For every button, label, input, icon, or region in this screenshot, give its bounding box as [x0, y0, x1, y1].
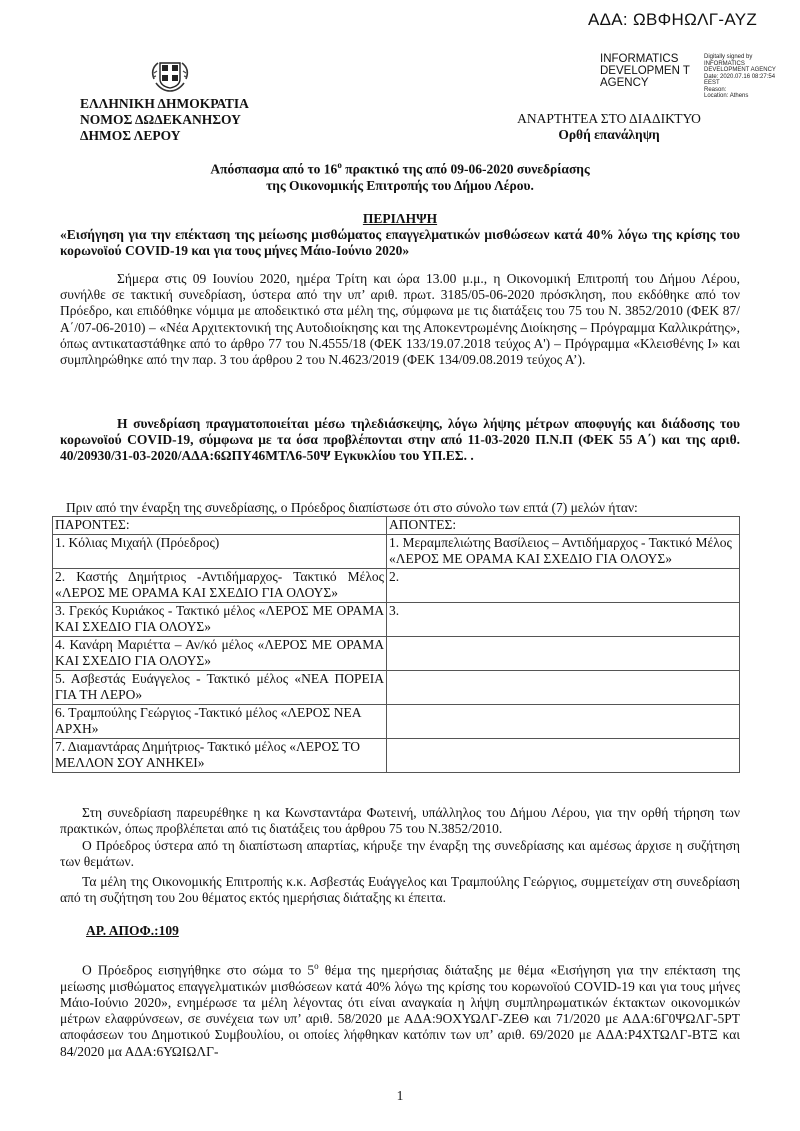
table-row: 7. Διαμαντάρας Δημήτριος- Τακτικό μέλος …	[53, 739, 740, 773]
attendance-intro: Πριν από την έναρξη της συνεδρίασης, ο Π…	[66, 500, 638, 516]
greek-coat-of-arms-icon	[148, 59, 192, 93]
absent-member	[387, 705, 740, 739]
issuer-prefecture: ΝΟΜΟΣ ΔΩΔΕΚΑΝΗΣΟΥ	[80, 112, 249, 128]
absent-member: 3.	[387, 603, 740, 637]
absent-member: 2.	[387, 569, 740, 603]
present-member: 4. Κανάρη Μαριέττα – Αν/κό μέλος «ΛΕΡΟΣ …	[53, 637, 387, 671]
absent-member	[387, 739, 740, 773]
summary-heading: ΠΕΡΙΛΗΨΗ	[60, 211, 740, 227]
issuer-country: ΕΛΛΗΝΙΚΗ ΔΗΜΟΚΡΑΤΙΑ	[80, 96, 249, 112]
table-row: 1. Κόλιας Μιχαήλ (Πρόεδρος) 1. Μεραμπελι…	[53, 535, 740, 569]
present-member: 1. Κόλιας Μιχαήλ (Πρόεδρος)	[53, 535, 387, 569]
decision-number: ΑΡ. ΑΠΟΦ.:109	[86, 923, 179, 939]
paragraph-teleconference: Η συνεδρίαση πραγματοποιείται μέσω τηλεδ…	[60, 416, 740, 465]
publish-online-label: ΑΝΑΡΤΗΤΕΑ ΣΤΟ ΔΙΑΔΙΚΤΥΟ	[489, 111, 729, 127]
absent-member	[387, 671, 740, 705]
table-header-row: ΠΑΡΟΝΤΕΣ: ΑΠΟΝΤΕΣ:	[53, 517, 740, 535]
sig-line: DEVELOPMENT AGENCY	[704, 67, 776, 74]
present-member: 6. Τραμπούλης Γεώργιος -Τακτικό μέλος «Λ…	[53, 705, 387, 739]
title-line2: της Οικονομικής Επιτροπής του Δήμου Λέρο…	[60, 178, 740, 194]
summary-text: «Εισήγηση για την επέκταση της μείωσης μ…	[60, 227, 740, 259]
paragraph-secretary: Στη συνεδρίαση παρευρέθηκε η κα Κωνσταντ…	[60, 805, 740, 837]
present-member: 5. Ασβεστάς Ευάγγελος - Τακτικό μέλος «Ν…	[53, 671, 387, 705]
absent-member	[387, 637, 740, 671]
title-text: πρακτικό της από 09-06-2020 συνεδρίασης	[342, 162, 590, 177]
issuer-municipality: ΔΗΜΟΣ ΛΕΡΟΥ	[80, 128, 249, 144]
paragraph-proposal: Ο Πρόεδρος εισηγήθηκε στο σώμα το 5ο θέμ…	[60, 958, 740, 1060]
title-text: Απόσπασμα από το 16	[210, 162, 337, 177]
table-row: 5. Ασβεστάς Ευάγγελος - Τακτικό μέλος «Ν…	[53, 671, 740, 705]
sig-line: Location: Athens	[704, 93, 776, 100]
page-number: 1	[0, 1088, 800, 1104]
paragraph-meeting-details: Σήμερα στις 09 Ιουνίου 2020, ημέρα Τρίτη…	[60, 271, 740, 368]
ada-code: ΑΔΑ: ΩΒΦΗΩΛΓ-ΑΥΖ	[588, 10, 757, 30]
present-member: 2. Καστής Δημήτριος -Αντιδήμαρχος- Τακτι…	[53, 569, 387, 603]
present-member: 3. Γρεκός Κυριάκος - Τακτικό μέλος «ΛΕΡΟ…	[53, 603, 387, 637]
table-row: 2. Καστής Δημήτριος -Αντιδήμαρχος- Τακτι…	[53, 569, 740, 603]
paragraph-quorum: Ο Πρόεδρος ύστερα από τη διαπίστωση απαρ…	[60, 838, 740, 870]
present-member: 7. Διαμαντάρας Δημήτριος- Τακτικό μέλος …	[53, 739, 387, 773]
issuer-block: ΕΛΛΗΝΙΚΗ ΔΗΜΟΚΡΑΤΙΑ ΝΟΜΟΣ ΔΩΔΕΚΑΝΗΣΟΥ ΔΗ…	[80, 96, 249, 144]
table-row: 3. Γρεκός Κυριάκος - Τακτικό μέλος «ΛΕΡΟ…	[53, 603, 740, 637]
signature-details: Digitally signed by INFORMATICS DEVELOPM…	[704, 54, 776, 100]
table-row: 4. Κανάρη Μαριέττα – Αν/κό μέλος «ΛΕΡΟΣ …	[53, 637, 740, 671]
present-header: ΠΑΡΟΝΤΕΣ:	[53, 517, 387, 535]
publication-note: ΑΝΑΡΤΗΤΕΑ ΣΤΟ ΔΙΑΔΙΚΤΥΟ Ορθή επανάληψη	[489, 111, 729, 143]
signer-name: INFORMATICS DEVELOPMEN T AGENCY	[600, 53, 700, 100]
paragraph-late-members: Τα μέλη της Οικονομικής Επιτροπής κ.κ. Α…	[60, 874, 740, 906]
document-title: Απόσπασμα από το 16ο πρακτικό της από 09…	[60, 157, 740, 194]
absent-header: ΑΠΟΝΤΕΣ:	[387, 517, 740, 535]
table-row: 6. Τραμπούλης Γεώργιος -Τακτικό μέλος «Λ…	[53, 705, 740, 739]
absent-member: 1. Μεραμπελιώτης Βασίλειος – Αντιδήμαρχο…	[387, 535, 740, 569]
attendance-table: ΠΑΡΟΝΤΕΣ: ΑΠΟΝΤΕΣ: 1. Κόλιας Μιχαήλ (Πρό…	[52, 516, 740, 773]
proposal-text: Ο Πρόεδρος εισηγήθηκε στο σώμα το 5	[82, 963, 314, 978]
digital-signature: INFORMATICS DEVELOPMEN T AGENCY Digitall…	[600, 53, 776, 100]
corrected-repeat-label: Ορθή επανάληψη	[489, 127, 729, 143]
